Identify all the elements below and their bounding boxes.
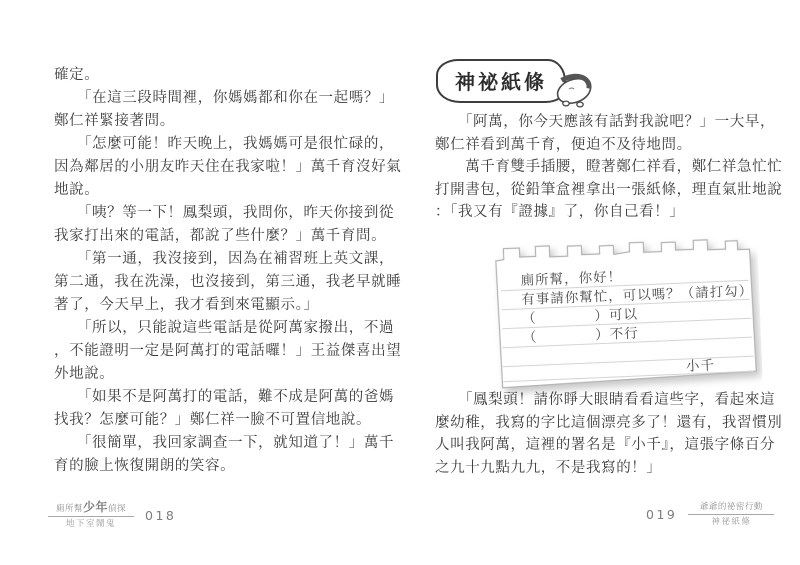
right-page-text-top: 「阿萬，你今天應該有話對我說吧？」一大早， 鄭仁祥看到萬千育，便迫不及待地問。 … — [435, 111, 780, 224]
text-line: 確定。 — [54, 64, 388, 87]
text-line: 之九十九點九九，不是我寫的！」 — [435, 457, 780, 480]
page-number-right: 019 — [646, 507, 677, 522]
section-title-label: 神祕紙條 — [455, 70, 547, 94]
right-page-text-bottom: 「鳳梨頭！請你睜大眼睛看看這些字，看起來這 麼幼稚，我寫的字比這個漂亮多了！還有… — [435, 389, 780, 479]
series-title-block: 廁所幫少年偵探 地下室鬧鬼 — [48, 502, 134, 529]
right-page-footer: 019 爺爺的祕密行動 神祕紙條 — [646, 502, 774, 527]
text-line: 「很簡單，我回家調查一下，就知道了！」萬千 — [54, 432, 388, 455]
text-line: 「如果不是阿萬打的電話，難不成是阿萬的爸媽 — [54, 386, 388, 409]
chapter-title: 爺爺的祕密行動 — [700, 502, 763, 513]
text-line: ：「我又有『證據』了，你自己看！」 — [435, 201, 780, 224]
text-line: 人叫我阿萬，這裡的署名是『小千』，這張字條百分 — [435, 434, 780, 457]
text-line: 鄭仁祥緊接著問。 — [54, 110, 388, 133]
text-line: 找我？怎麼可能？」鄭仁祥一臉不可置信地說。 — [54, 409, 388, 432]
text-line: 麼幼稚，我寫的字比這個漂亮多了！還有，我習慣別 — [435, 412, 780, 435]
left-page-text: 確定。 「在這三段時間裡，你媽媽都和你在一起嗎？」 鄭仁祥緊接著問。 「怎麼可能… — [54, 64, 388, 478]
book-spread: 確定。 「在這三段時間裡，你媽媽都和你在一起嗎？」 鄭仁祥緊接著問。 「怎麼可能… — [0, 0, 800, 565]
left-page-footer: 廁所幫少年偵探 地下室鬧鬼 018 — [48, 502, 176, 529]
text-line: 「咦？等一下！鳳梨頭，我問你，昨天你接到從 — [54, 202, 388, 225]
book-title: 地下室鬧鬼 — [66, 519, 116, 529]
text-line: 育的臉上恢復開朗的笑容。 — [54, 455, 388, 478]
text-line: 「怎麼可能！昨天晚上，我媽媽可是很忙碌的， — [54, 133, 388, 156]
text-line: 地說。 — [54, 179, 388, 202]
page-number-left: 018 — [145, 508, 176, 523]
doodle-bug-icon — [549, 70, 601, 114]
footer-divider — [688, 514, 774, 515]
chapter-title-block: 爺爺的祕密行動 神祕紙條 — [688, 502, 774, 527]
text-line: 外地說。 — [54, 363, 388, 386]
text-line: 萬千育雙手插腰，瞪著鄭仁祥看，鄭仁祥急忙忙 — [435, 156, 780, 179]
text-line: 打開書包，從鉛筆盒裡拿出一張紙條，理直氣壯地說 — [435, 179, 780, 202]
text-line: 「阿萬，你今天應該有話對我說吧？」一大早， — [435, 111, 780, 134]
text-line: 「在這三段時間裡，你媽媽都和你在一起嗎？」 — [54, 87, 388, 110]
section-title-footer: 神祕紙條 — [711, 517, 751, 527]
text-line: 第二通，我在洗澡，也沒接到，第三通，我老早就睡 — [54, 271, 388, 294]
series-title: 廁所幫少年偵探 — [56, 502, 126, 515]
text-line: 「第一通，我沒接到，因為在補習班上英文課， — [54, 248, 388, 271]
text-line: 著了，今天早上，我才看到來電顯示。」 — [54, 294, 388, 317]
section-title-badge: 神祕紙條 — [436, 59, 566, 103]
torn-note-paper: 廁所幫，你好！ 有事請你幫忙，可以嗎？（請打勾） （ ）可以 （ ）不行 小千 — [489, 231, 763, 399]
text-line: 「所以，只能說這些電話是從阿萬家撥出，不過 — [54, 317, 388, 340]
footer-divider — [48, 516, 134, 517]
text-line: 鄭仁祥看到萬千育，便迫不及待地問。 — [435, 134, 780, 157]
text-line: 因為鄰居的小朋友昨天住在我家啦！」萬千育沒好氣 — [54, 156, 388, 179]
text-line: 我家打出來的電話，都說了些什麼？」萬千育問。 — [54, 225, 388, 248]
note-illustration: 廁所幫，你好！ 有事請你幫忙，可以嗎？（請打勾） （ ）可以 （ ）不行 小千 — [492, 236, 760, 398]
note-signature: 小千 — [686, 358, 716, 375]
text-line: ，不能證明一定是阿萬打的電話囉！」王益傑喜出望 — [54, 340, 388, 363]
text-line: 「鳳梨頭！請你睜大眼睛看看這些字，看起來這 — [435, 389, 780, 412]
